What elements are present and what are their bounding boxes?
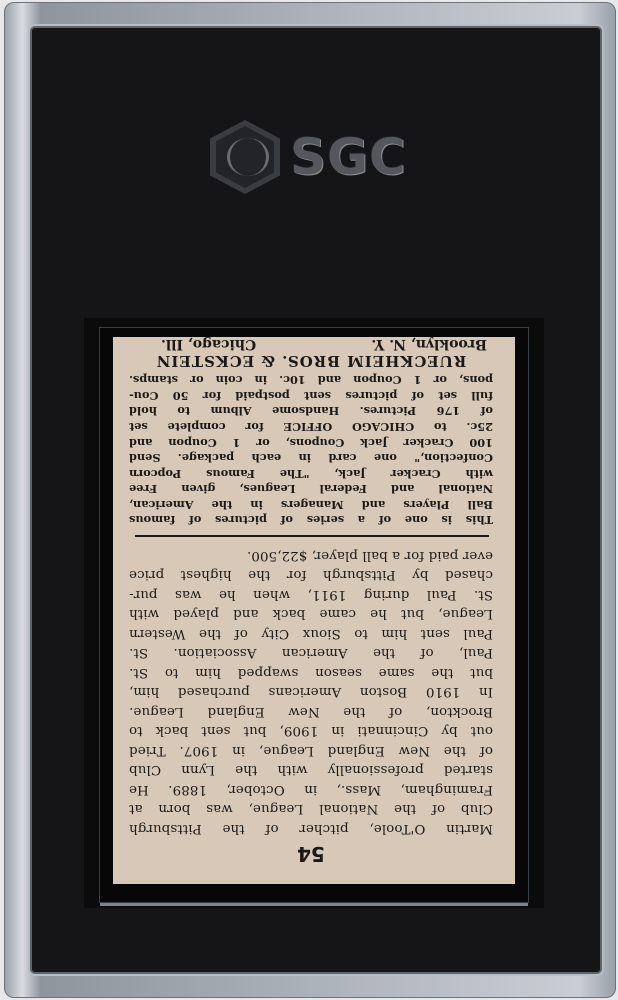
- baseball-card-back: 54 Martin O'Toole, pitcher of the Pittsb…: [113, 337, 515, 884]
- company-addresses: Brooklyn, N. Y. Chicago, Ill.: [129, 336, 493, 352]
- bio-line: In 1910 Boston Americans purchased him,: [129, 682, 493, 702]
- ad-line: National and Federal Leagues, given Free: [129, 481, 493, 497]
- baseball-icon: [227, 138, 269, 176]
- ad-line: pons, or 1 Coupon and 10c. in coin or st…: [129, 372, 493, 388]
- ad-line: of 176 Pictures. Handsome Album to hold: [129, 403, 493, 419]
- ad-line: This is one of a series of pictures of f…: [129, 512, 493, 528]
- bio-line: Club of the National League, was born at: [129, 799, 493, 819]
- bio-line: chased by Pittsburgh for the highest pri…: [129, 565, 493, 585]
- cracker-jack-ad: This is one of a series of pictures of f…: [129, 372, 493, 528]
- sgc-logo: SGC: [210, 112, 425, 202]
- bio-line: out by Cincinnati in 1909, but sent back…: [129, 721, 493, 741]
- bio-line: Framingham, Mass., in October, 1889. He: [129, 780, 493, 800]
- bio-line: St. Paul during 1911, when he was pur-: [129, 585, 493, 605]
- ad-line: 100 Cracker Jack Coupons, or 1 Coupon an…: [129, 434, 493, 450]
- bio-line: of the New England League, in 1907. Trie…: [129, 741, 493, 761]
- divider-rule: [135, 536, 489, 538]
- card-back-text-upside-down: 54 Martin O'Toole, pitcher of the Pittsb…: [113, 337, 515, 884]
- player-bio: Martin O'Toole, pitcher of the Pittsburg…: [129, 546, 493, 839]
- bio-line: Martin O'Toole, pitcher of the Pittsburg…: [129, 819, 493, 839]
- bio-line: League, but he came back and played with: [129, 604, 493, 624]
- bio-line: Paul, of the American Association. St.: [129, 643, 493, 663]
- bio-line: ever paid for a ball player, $22,500.: [129, 546, 493, 566]
- ad-line: Confection," one card in each package. S…: [129, 450, 493, 466]
- ad-line: 25c. to CHICAGO OFFICE for complete set: [129, 418, 493, 434]
- bio-line: Brockton, of the New England League.: [129, 702, 493, 722]
- ad-line: with Cracker Jack, "The Famous Popcorn: [129, 465, 493, 481]
- bio-line: Paul sent him to Sioux City of the Weste…: [129, 624, 493, 644]
- bio-line: but the same season swapped him to St.: [129, 663, 493, 683]
- company-name: RUECKHEIM BROS. & ECKSTEIN: [129, 352, 493, 370]
- card-number: 54: [129, 842, 493, 866]
- address-chicago: Chicago, Ill.: [161, 336, 256, 352]
- address-brooklyn: Brooklyn, N. Y.: [371, 336, 487, 352]
- ad-line: Ball Players and Managers in the America…: [129, 496, 493, 512]
- sgc-baseball-hexagon-icon: [210, 120, 280, 194]
- sgc-logo-text: SGC: [290, 128, 407, 186]
- bio-line: started professionally with the Lynn Clu…: [129, 760, 493, 780]
- ad-line: full set of pictures sent postpaid for 5…: [129, 387, 493, 403]
